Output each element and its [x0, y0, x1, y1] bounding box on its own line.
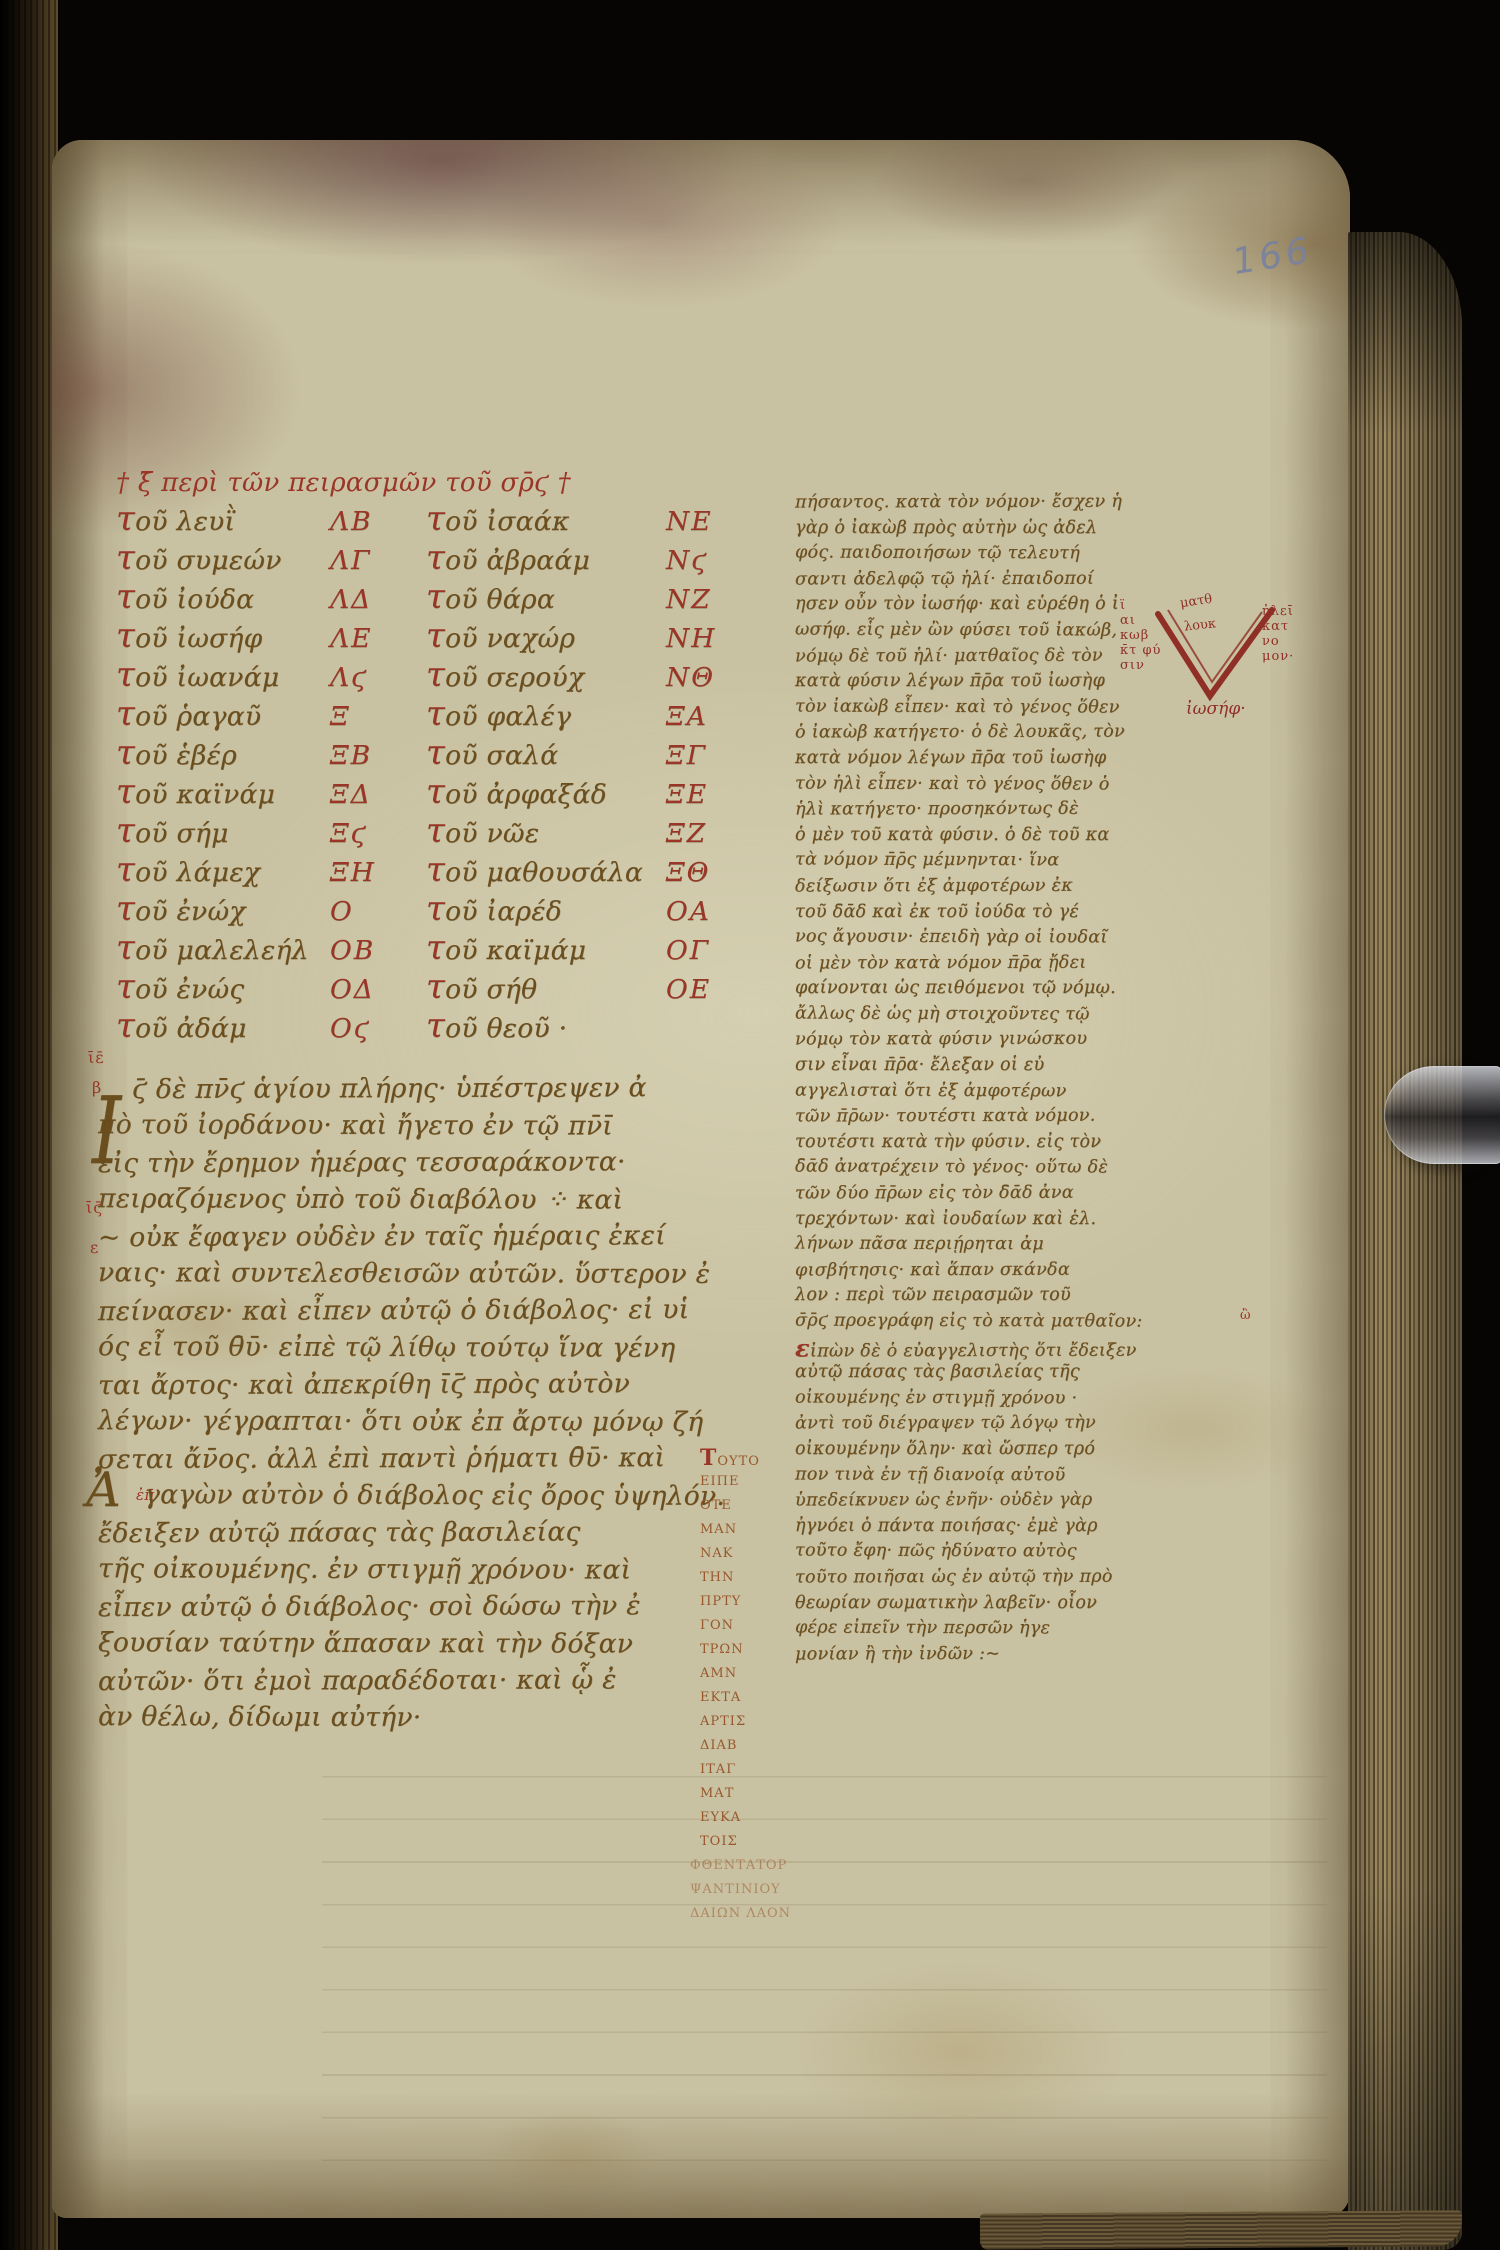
- text-line: τῶν δύο π̄ρ̄ων εἰς τὸν δ̄ᾱδ ἀνα: [795, 1181, 1143, 1208]
- text-line: γὰρ ὁ ἰακὼβ πρὸς αὐτὴν ὡς ἀδελ: [795, 516, 1143, 542]
- gloss-line: ΝΑΚ: [700, 1542, 801, 1566]
- gloss-line: ΤΗΝ: [700, 1566, 801, 1590]
- manuscript-photo: † ξ̄ περὶ τῶν πειρασμῶν τοῦ σρ̄ϛ † τοῦ λ…: [0, 0, 1500, 2250]
- text-line: ὁ ἰακὼβ κατήγετο· ὁ δὲ λουκᾶς, τὸν: [795, 720, 1143, 747]
- text-line: κατὰ νόμον λέγων π̄ρ̄α τοῦ ἰωσὴφ: [795, 746, 1143, 772]
- ancestor-number: ΝΖ: [666, 580, 756, 619]
- text-line: πειραζόμενος ὑπὸ τοῦ διαβόλου ⁘ καὶ: [98, 1180, 725, 1219]
- diagram-label-jacob: ϊ αι κωβ κ̄τ φύ σιν: [1120, 598, 1161, 673]
- folio-number: 166: [1232, 229, 1312, 283]
- ancestor-name: τοῦ ἐνώχ: [116, 892, 330, 931]
- text-line: οἰκουμένην ὅλην· καὶ ὥσπερ τρό: [795, 1437, 1143, 1463]
- ancestor-name: τοῦ μαλελεήλ: [116, 931, 330, 970]
- bottom-page-stack: [980, 2210, 1462, 2249]
- blind-ruling-lines: [322, 1735, 1327, 2195]
- text-line: ἄλλως δὲ ὡς μὴ στοιχοῦντες τῷ: [795, 1001, 1143, 1028]
- text-line: σ̄ρ̄ϛ προεγράφη εἰς τὸ κατὰ ματθαῖον:: [795, 1308, 1143, 1335]
- ancestor-number: ΞΑ: [666, 697, 756, 736]
- gloss-line: ΤΟΥΤΟ: [700, 1446, 801, 1470]
- ancestor-number: ΞΔ: [330, 775, 426, 814]
- text-line: ἀντὶ τοῦ διέγραψεν τῷ λόγῳ τὴν: [795, 1411, 1143, 1438]
- diagram-label-eli: ἠλεῑ κατ νο μον·: [1262, 604, 1294, 664]
- genealogy-row: τοῦ ἰωσήφΛΕτοῦ ναχώρΝΗ: [116, 619, 756, 658]
- gloss-line: ΔΑΙΩΝ ΛΑΟΝ: [690, 1902, 791, 1926]
- genealogy-row: τοῦ συμεώνΛΓτοῦ ἀβραάμΝϛ: [116, 541, 756, 580]
- gloss-line: ΠΡΤΥ: [700, 1590, 801, 1614]
- text-line: φισβήτησις· καὶ ἅπαν σκάνδα: [795, 1257, 1143, 1284]
- text-line: ωσήφ. εἷς μὲν ὢν φύσει τοῦ ἰακώβ,: [795, 617, 1143, 644]
- text-line: λον : περὶ τῶν πειρασμῶν τοῦ: [795, 1283, 1143, 1309]
- text-line: αὐτῶν· ὅτι ἐμοὶ παραδέδοται· καὶ ᾧ ἐ: [98, 1661, 725, 1700]
- genealogy-row: τοῦ ῥαγαῦΞτοῦ φαλέγΞΑ: [116, 697, 756, 736]
- text-line: αγγελισταὶ ὅτι ἐξ ἀμφοτέρων: [795, 1078, 1143, 1105]
- ancestor-number: ΟΕ: [666, 970, 756, 1009]
- diagram-label-joseph: ἰωσήφ·: [1186, 702, 1246, 717]
- ancestor-name: τοῦ φαλέγ: [426, 697, 666, 736]
- ancestor-number: ΟΑ: [666, 892, 756, 931]
- canon-number-5: ε: [90, 1238, 99, 1257]
- header-cross-icon: †: [558, 468, 571, 498]
- text-line: λέγων· γέγραπται· ὅτι οὐκ ἐπ ἄρτῳ μόνῳ ζ…: [98, 1402, 725, 1441]
- text-line: νόμῳ δὲ τοῦ ἡλί· ματθαῖος δὲ τὸν: [795, 643, 1143, 670]
- text-line: ὁ μὲν τοῦ κατὰ φύσιν. ὁ δὲ τοῦ κα: [795, 823, 1143, 849]
- gloss-line: ΨΑΝΤΙΝΙΟΥ: [690, 1878, 791, 1902]
- right-text-column: πήσαντος. κατὰ τὸν νόμον· ἔσχεν ἡγὰρ ὁ ἰ…: [795, 490, 1143, 1667]
- ancestor-number: Ξϛ: [330, 814, 426, 853]
- ancestor-number: ΟΒ: [330, 931, 426, 970]
- text-line: πον τινὰ ἐν τῇ διανοίᾳ αὐτοῦ: [795, 1462, 1143, 1489]
- text-line: φέρε εἰπεῖν τὴν περσῶν ἡγε: [795, 1616, 1143, 1643]
- ancestor-name: τοῦ ἀδάμ: [116, 1009, 330, 1048]
- ancestor-name: τοῦ νῶε: [426, 814, 666, 853]
- page-holder-clip[interactable]: [1384, 1060, 1500, 1174]
- text-line: ἔδειξεν αὐτῷ πάσας τὰς βασιλείας: [98, 1513, 725, 1552]
- ancestor-number: ΛΒ: [330, 502, 426, 541]
- text-line: τρεχόντων· καὶ ἰουδαίων καὶ ἑλ.: [795, 1207, 1143, 1233]
- ancestor-name: τοῦ σήθ: [426, 970, 666, 1009]
- text-line: φαίνονται ὡς πειθόμενοι τῷ νόμῳ.: [795, 976, 1143, 1002]
- ancestor-number: ΟΓ: [666, 931, 756, 970]
- ancestor-number: ΝΕ: [666, 502, 756, 541]
- text-line: τὸν ἰακὼβ εἶπεν· καὶ τὸ γένος ὅθεν: [795, 694, 1143, 721]
- text-line: ὰν θέλω, δίδωμι αὐτήν·: [98, 1698, 725, 1737]
- text-line: τὸν ἡλὶ εἶπεν· καὶ τὸ γένος ὅθεν ὁ: [795, 771, 1143, 798]
- gloss-line: ΜΑΝ: [700, 1518, 801, 1542]
- text-line: οἰκουμένης ἐν στιγμῇ χρόνου ·: [795, 1385, 1143, 1412]
- genealogy-row: τοῦ σήμΞϛτοῦ νῶεΞΖ: [116, 814, 756, 853]
- ancestor-number: ΛΓ: [330, 541, 426, 580]
- text-line: ται ἄρτος· καὶ ἀπεκρίθη ῑϛ̄ πρὸς αὐτὸν: [98, 1365, 725, 1404]
- left-text-column: ϛ̄ δὲ πν̄ϛ ἁγίου πλήρης· ὑπέστρεψεν ἀπὸ …: [98, 1070, 725, 1736]
- gloss-line: ΕΙΠΕ: [700, 1470, 801, 1494]
- text-line: θεωρίαν σωματικὴν λαβεῖν· οἷον: [795, 1591, 1143, 1617]
- text-line: τὰ νόμον π̄ρ̄ς μέμνηνται· ἵνα: [795, 848, 1143, 875]
- text-line: ϛ̄ δὲ πν̄ϛ ἁγίου πλήρης· ὑπέστρεψεν ἀ: [132, 1069, 725, 1108]
- text-line: ός εἶ τοῦ θ̄ῡ· εἰπὲ τῷ λίθῳ τούτῳ ἵνα γέ…: [98, 1328, 725, 1367]
- ancestor-name: τοῦ λευῒ: [116, 502, 330, 541]
- genealogy-row: τοῦ ἰούδαΛΔτοῦ θάραΝΖ: [116, 580, 756, 619]
- text-line: εἰπὼν δὲ ὁ εὐαγγελιστὴς ὅτι ἔδειξεν: [795, 1334, 1143, 1361]
- text-line: τῶν π̄ρ̄ων· τουτέστι κατὰ νόμον.: [795, 1104, 1143, 1131]
- ancestor-name: τοῦ καϊνάμ: [116, 775, 330, 814]
- genealogy-row: τοῦ λευῒΛΒτοῦ ἰσαάκΝΕ: [116, 502, 756, 541]
- text-line: εἰς τὴν ἔρημον ἡμέρας τεσσαράκοντα·: [98, 1143, 725, 1182]
- gloss-line: ΓΟΝ: [700, 1614, 801, 1638]
- text-line: τοῦτο ἔφη· πῶς ἠδύνατο αὐτὸς: [795, 1539, 1143, 1566]
- ancestor-name: τοῦ θεοῦ ·: [426, 1009, 666, 1048]
- ancestor-number: ΟΔ: [330, 970, 426, 1009]
- chapter-header: † ξ̄ περὶ τῶν πειρασμῶν τοῦ σρ̄ϛ †: [116, 468, 571, 498]
- text-line: πὸ τοῦ ἰορδάνου· καὶ ἤγετο ἐν τῷ πν̄ῑ: [98, 1106, 725, 1145]
- gloss-line: ΜΑΤ: [700, 1782, 801, 1806]
- genealogy-row: τοῦ ἰωανάμΛϛτοῦ σερούχΝΘ: [116, 658, 756, 697]
- ancestor-name: τοῦ σήμ: [116, 814, 330, 853]
- header-title: περὶ τῶν πειρασμῶν τοῦ σρ̄ϛ: [161, 468, 549, 498]
- ancestor-number: Οϛ: [330, 1009, 426, 1048]
- gloss-line: ΦΘΕΝΤΑΤΟΡ: [690, 1854, 791, 1878]
- ancestor-name: τοῦ ἰωσήφ: [116, 619, 330, 658]
- genealogy-row: τοῦ ἐνώχΟτοῦ ἰαρέδΟΑ: [116, 892, 756, 931]
- text-line: ~ οὐκ ἔφαγεν οὐδὲν ἐν ταῖς ἡμέραις ἐκεί: [98, 1217, 725, 1256]
- text-line: γαγὼν αὐτὸν ὁ διάβολος εἰς ὄρος ὑψηλόν.: [144, 1476, 725, 1515]
- header-section-number: † ξ̄: [116, 468, 153, 498]
- genealogy-row: τοῦ μαλελεήλΟΒτοῦ καϊμάμΟΓ: [116, 931, 756, 970]
- text-line: εἶπεν αὐτῷ ὁ διάβολος· σοὶ δώσω τὴν ἐ: [98, 1587, 725, 1626]
- text-line: ναις· καὶ συντελεσθεισῶν αὐτῶν. ὕστερον …: [98, 1254, 725, 1293]
- ancestor-number: ΝΘ: [666, 658, 756, 697]
- parchment-page: † ξ̄ περὶ τῶν πειρασμῶν τοῦ σρ̄ϛ † τοῦ λ…: [52, 140, 1350, 2218]
- rubricated-initial: ε: [795, 1333, 810, 1362]
- text-line: κατὰ φύσιν λέγων π̄ρ̄α τοῦ ἰωσὴφ: [795, 669, 1143, 695]
- ancestor-number: ΝΗ: [666, 619, 756, 658]
- text-line: ἠγνόει ὁ πάντα ποιήσας· ἐμὲ γὰρ: [795, 1514, 1143, 1540]
- genealogy-row: τοῦ λάμεχΞΗτοῦ μαθουσάλαΞΘ: [116, 853, 756, 892]
- ancestor-number: ΞΓ: [666, 736, 756, 775]
- ancestor-name: τοῦ ναχώρ: [426, 619, 666, 658]
- ancestor-number: ΞΒ: [330, 736, 426, 775]
- book-spine-edge: [0, 0, 58, 2250]
- text-line: τοῦ δ̄ᾱδ καὶ ἐκ τοῦ ἰούδα τὸ γέ: [795, 900, 1143, 926]
- ancestor-number: ΛΔ: [330, 580, 426, 619]
- ancestor-number: Ο: [330, 892, 426, 931]
- text-line: φός. παιδοποιήσων τῷ τελευτή: [795, 541, 1143, 568]
- ancestor-number: ΞΕ: [666, 775, 756, 814]
- ancestor-name: τοῦ ἰαρέδ: [426, 892, 666, 931]
- text-line: σαντι ἀδελφῷ τῷ ἡλί· ἐπαιδοποί: [795, 566, 1143, 593]
- gloss-line: ΙΤΑΓ: [700, 1758, 801, 1782]
- text-line: μονίαν ἢ τὴν ἰνδῶν :~: [795, 1641, 1143, 1668]
- ancestor-name: τοῦ ἰσαάκ: [426, 502, 666, 541]
- ancestor-name: τοῦ καϊμάμ: [426, 931, 666, 970]
- genealogy-row: τοῦ ἑβέρΞΒτοῦ σαλάΞΓ: [116, 736, 756, 775]
- ancestor-name: τοῦ λάμεχ: [116, 853, 330, 892]
- genealogy-row: τοῦ ἀδάμΟϛτοῦ θεοῦ ·: [116, 1009, 756, 1048]
- ancestor-name: τοῦ θάρα: [426, 580, 666, 619]
- ancestor-name: τοῦ ἰούδα: [116, 580, 330, 619]
- ancestor-number: Νϛ: [666, 541, 756, 580]
- gloss-line: ΟΤΕ: [700, 1494, 801, 1518]
- canon-number-2: β: [92, 1078, 102, 1097]
- ancestor-number: Ξ: [330, 697, 426, 736]
- genealogy-diagram: ϊ αι κωβ κ̄τ φύ σιν ἠλεῑ κατ νο μον· ματ…: [1126, 596, 1310, 730]
- text-line: τῆς οἰκουμένης. ἐν στιγμῇ χρόνου· καὶ: [98, 1550, 725, 1589]
- ancestor-name: τοῦ συμεών: [116, 541, 330, 580]
- text-line: σιν εἶναι π̄ρ̄α· ἔλεξαν οἱ εὐ: [795, 1053, 1143, 1079]
- text-line: ησεν οὖν τὸν ἰωσήφ· καὶ εὑρέθη ὁ ἰ: [795, 592, 1143, 618]
- gloss-line: ΔΙΑΒ: [700, 1734, 801, 1758]
- ancestor-name: τοῦ ἑβέρ: [116, 736, 330, 775]
- gloss-line: ΕΥΚΑ: [700, 1806, 801, 1830]
- text-line: πείνασεν· καὶ εἶπεν αὐτῷ ὁ διάβολος· εἰ …: [98, 1291, 725, 1330]
- ancestor-name: τοῦ ἐνώς: [116, 970, 330, 1009]
- text-line: λήνων πᾶσα περιῄρηται ἀμ: [795, 1232, 1143, 1259]
- ancestor-number: Λϛ: [330, 658, 426, 697]
- text-line: τοῦτο ποιῆσαι ὡς ἐν αὐτῷ τὴν πρὸ: [795, 1564, 1143, 1591]
- clip-body: [1384, 1066, 1500, 1164]
- text-line: τουτέστι κατὰ τὴν φύσιν. εἰς τὸν: [795, 1130, 1143, 1156]
- ancestor-name: τοῦ ἀβραάμ: [426, 541, 666, 580]
- text-line: νος ἄγουσιν· ἐπειδὴ γὰρ οἱ ἰουδαῖ: [795, 925, 1143, 952]
- text-line: ἡλὶ κατήγετο· προσηκόντως δὲ: [795, 797, 1143, 824]
- gloss-line: ΤΟΙΣ: [700, 1830, 801, 1854]
- margin-omega-mark: ὢ: [1240, 1308, 1251, 1323]
- ancestor-number: ΞΖ: [666, 814, 756, 853]
- vertical-margin-gloss: ΤΟΥΤΟΕΙΠΕΟΤΕΜΑΝΝΑΚΤΗΝΠΡΤΥΓΟΝΤΡΩΝΑΜΝΕΚΤΑΑ…: [700, 1446, 801, 1926]
- ancestor-number: ΛΕ: [330, 619, 426, 658]
- text-line: δείξωσιν ὅτι ἐξ ἀμφοτέρων ἐκ: [795, 873, 1143, 900]
- text-line: οἱ μὲν τὸν κατὰ νόμον π̄ρ̄α ᾔδει: [795, 950, 1143, 977]
- section-number-15: ῑε̄: [88, 1048, 105, 1067]
- text-line: αὐτῷ πάσας τὰς βασιλείας τῆς: [795, 1360, 1143, 1386]
- genealogy-table: τοῦ λευῒΛΒτοῦ ἰσαάκΝΕτοῦ συμεώνΛΓτοῦ ἀβρ…: [116, 502, 756, 1048]
- text-line: ὑπεδείκνυεν ὡς ἐνῆν· οὐδὲν γὰρ: [795, 1488, 1143, 1515]
- ancestor-number: ΞΗ: [330, 853, 426, 892]
- text-line: πήσαντος. κατὰ τὸν νόμον· ἔσχεν ἡ: [795, 490, 1143, 517]
- genealogy-row: τοῦ καϊνάμΞΔτοῦ ἀρφαξάδΞΕ: [116, 775, 756, 814]
- gloss-line: ΑΜΝ: [700, 1662, 801, 1686]
- text-line: δ̄ᾱδ ἀνατρέχειν τὸ γένος· οὕτω δὲ: [795, 1155, 1143, 1182]
- gloss-line: ΕΚΤΑ: [700, 1686, 801, 1710]
- gloss-line: ΤΡΩΝ: [700, 1638, 801, 1662]
- gloss-line: ΑΡΤΙΣ: [700, 1710, 801, 1734]
- genealogy-row: τοῦ ἐνώςΟΔτοῦ σήθΟΕ: [116, 970, 756, 1009]
- text-line: ξουσίαν ταύτην ἅπασαν καὶ τὴν δόξαν: [98, 1624, 725, 1663]
- ancestor-name: τοῦ ἀρφαξάδ: [426, 775, 666, 814]
- ancestor-name: τοῦ σερούχ: [426, 658, 666, 697]
- ancestor-number: ΞΘ: [666, 853, 756, 892]
- section-number-16: ῑϛ̄: [86, 1198, 103, 1217]
- ancestor-number: [666, 1009, 756, 1048]
- ancestor-name: τοῦ ἰωανάμ: [116, 658, 330, 697]
- ancestor-name: τοῦ σαλά: [426, 736, 666, 775]
- ancestor-name: τοῦ ῥαγαῦ: [116, 697, 330, 736]
- text-line: σεται ἄν̄ος. ἀλλ ἐπὶ παντὶ ῥήματι θ̄ῡ· κ…: [98, 1439, 725, 1478]
- text-line: νόμῳ τὸν κατὰ φύσιν γινώσκου: [795, 1027, 1143, 1054]
- fore-edge-page-stack: [1348, 232, 1462, 2250]
- ancestor-name: τοῦ μαθουσάλα: [426, 853, 666, 892]
